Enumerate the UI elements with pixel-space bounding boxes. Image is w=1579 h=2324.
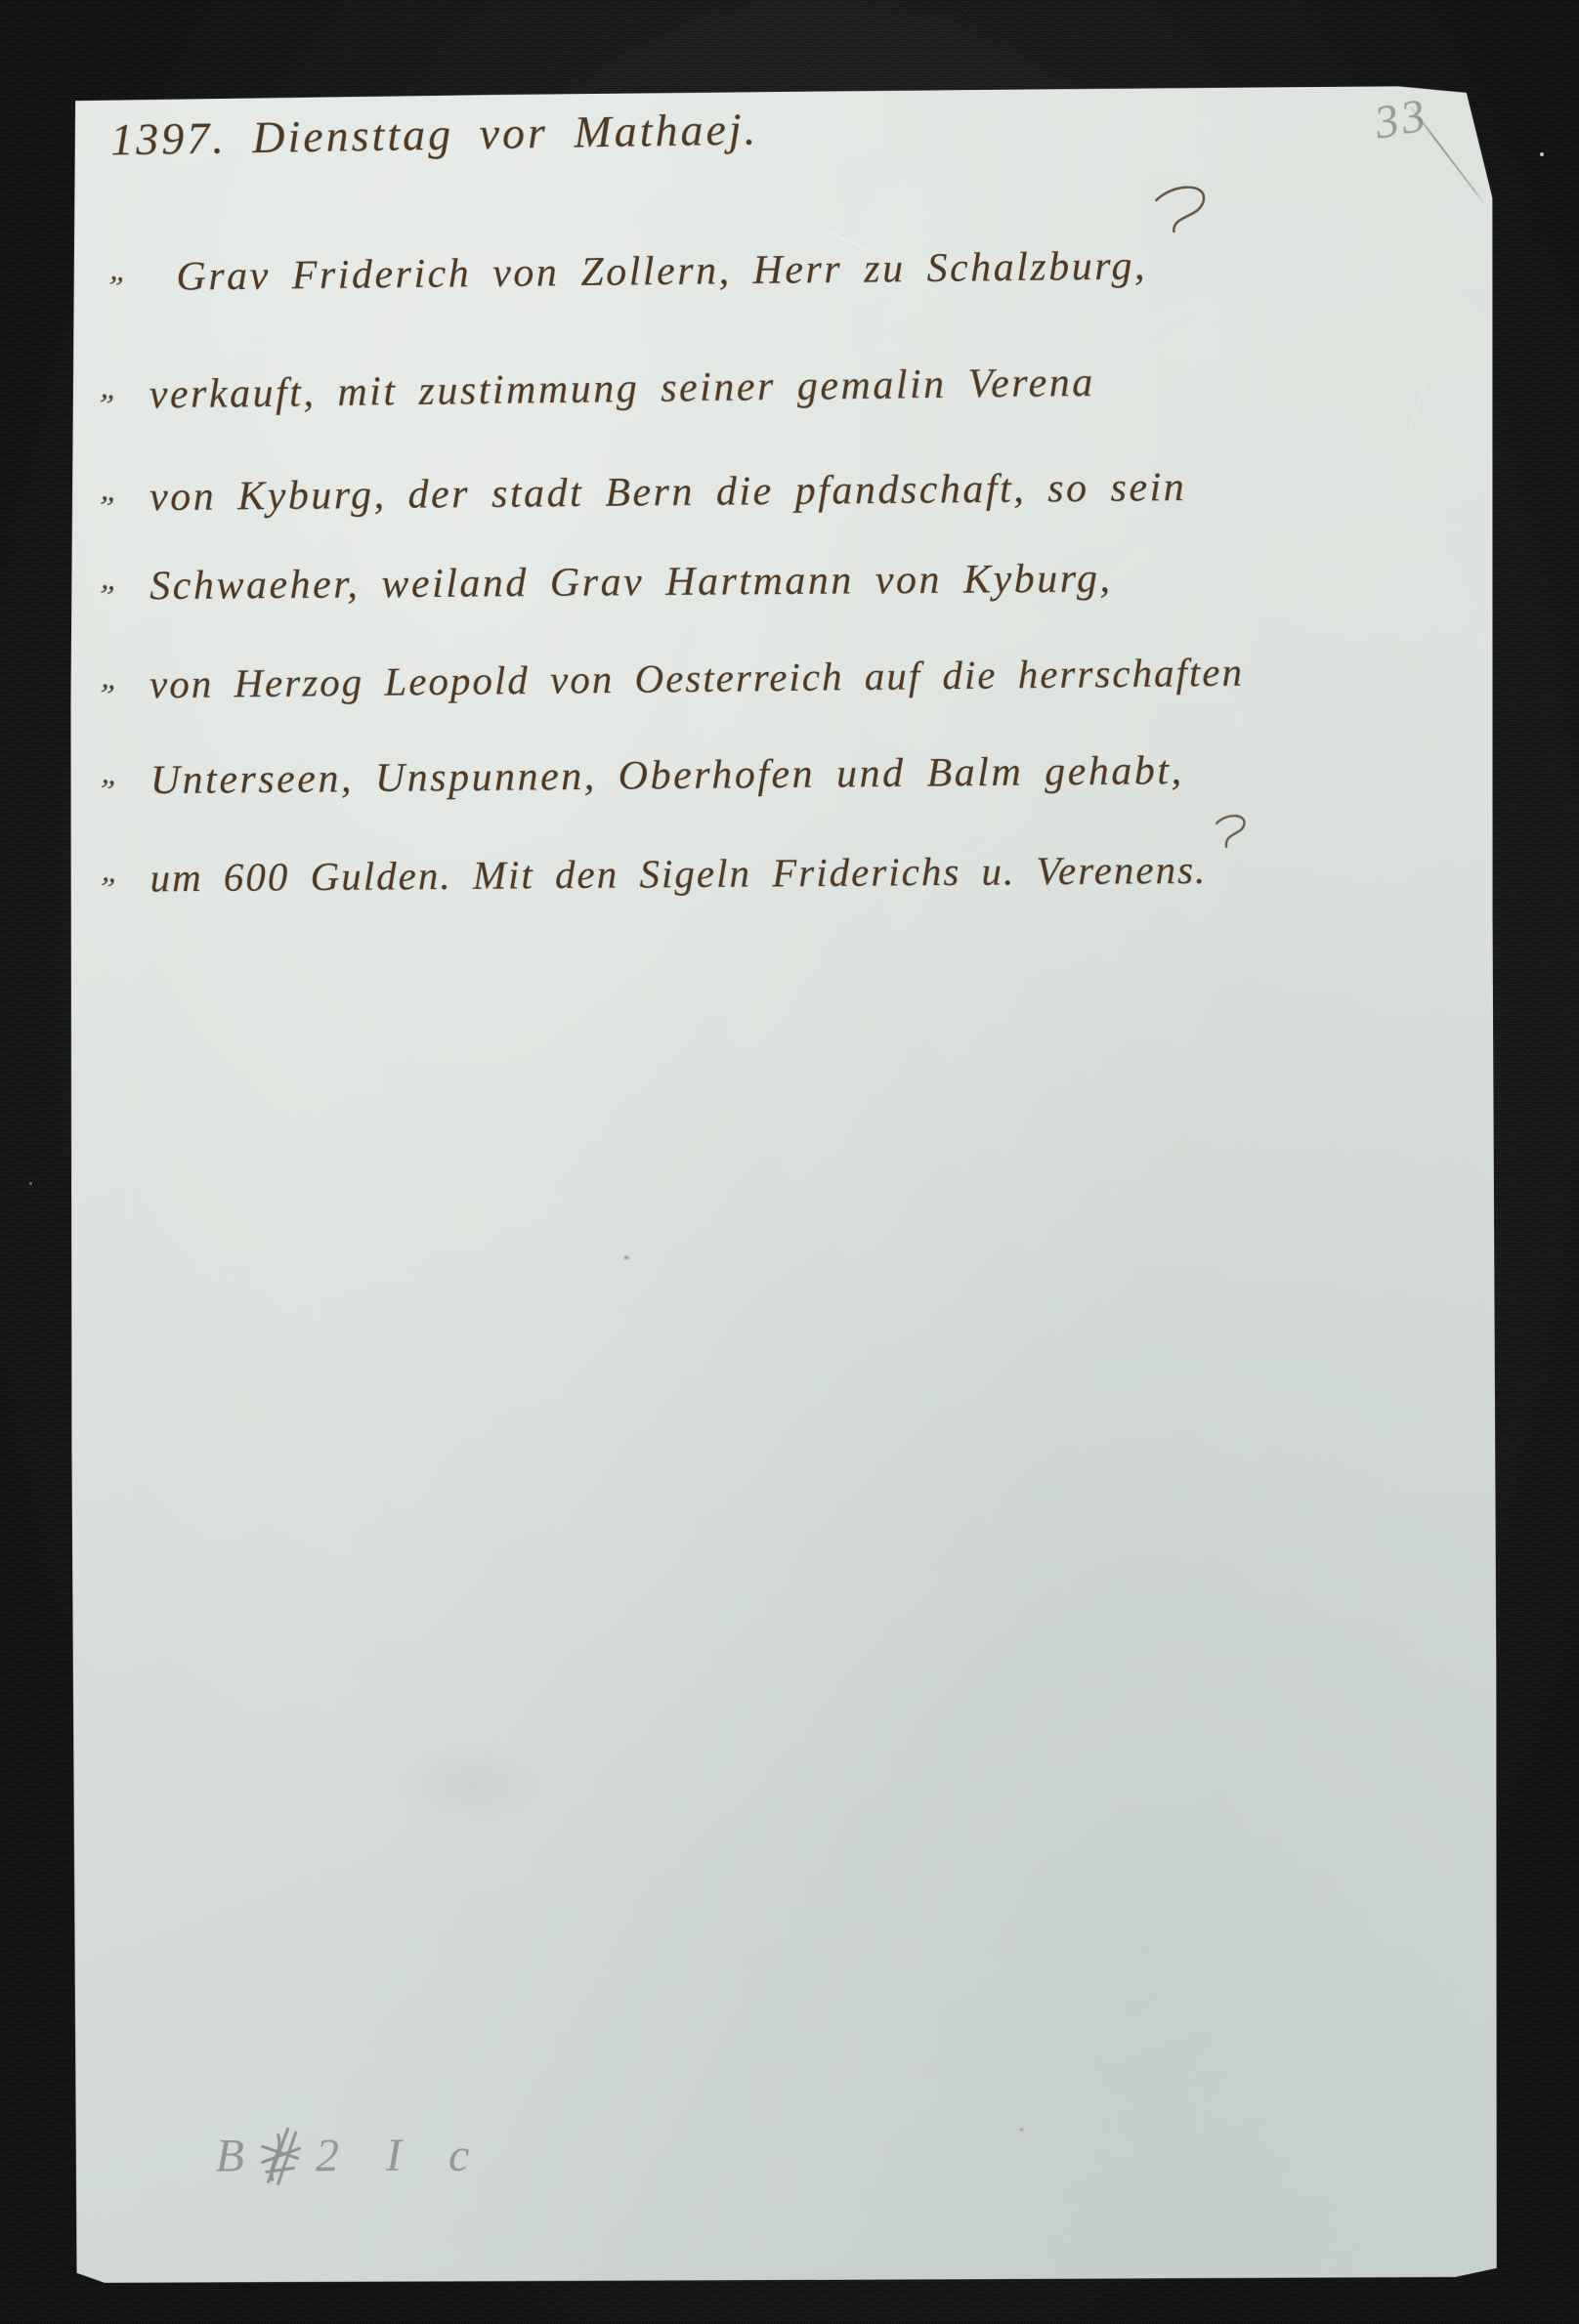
shelfmark-suffix: 2 I c	[316, 2128, 487, 2181]
text-line: „verkauft, mit zustimmung seiner gemalin…	[102, 359, 1095, 419]
dust-speck	[29, 1182, 32, 1185]
dust-speck	[1540, 152, 1544, 156]
line-text: verkauft, mit zustimmung seiner gemalin …	[149, 360, 1095, 418]
text-line: „von Kyburg, der stadt Bern die pfandsch…	[102, 464, 1186, 522]
line-text: Grav Friderich von Zollern, Herr zu Scha…	[176, 243, 1147, 299]
ditto-mark: „	[100, 853, 125, 892]
line-text: von Herzog Leopold von Oesterreich auf d…	[149, 650, 1244, 707]
scribble-mark	[259, 2123, 302, 2187]
text-line: „Grav Friderich von Zollern, Herr zu Sch…	[110, 242, 1147, 301]
ditto-mark: „	[99, 370, 125, 409]
ditto-mark: „	[100, 755, 126, 794]
line-text: Unterseen, Unspunnen, Oberhofen und Balm…	[150, 748, 1184, 803]
corner-crease	[1409, 106, 1485, 205]
document-header: 1397. Diensttag vor Mathaej.	[110, 103, 759, 165]
shelfmark: B 2 I c	[216, 2123, 488, 2188]
paper-stain	[1019, 2127, 1025, 2132]
line-text: Schwaeher, weiland Grav Hartmann von Kyb…	[149, 556, 1113, 609]
ditto-mark: „	[99, 472, 125, 511]
ink-flourish	[1148, 181, 1224, 241]
ditto-mark: „	[108, 252, 135, 291]
paper-crease	[0, 280, 93, 440]
paper-stain	[394, 1740, 550, 1828]
ink-flourish	[1211, 812, 1256, 857]
line-text: von Kyburg, der stadt Bern die pfandscha…	[149, 465, 1187, 520]
ditto-mark: „	[100, 659, 125, 698]
document-page: 33 1397. Diensttag vor Mathaej. „Grav Fr…	[67, 86, 1498, 2283]
paper-crease	[1395, 330, 1442, 470]
photo-background: 33 1397. Diensttag vor Mathaej. „Grav Fr…	[0, 0, 1579, 2324]
text-line: „Schwaeher, weiland Grav Hartmann von Ky…	[102, 555, 1112, 610]
paper-stain	[622, 1254, 630, 1260]
text-line: „Unterseen, Unspunnen, Oberhofen und Bal…	[103, 747, 1184, 805]
text-line: „von Herzog Leopold von Oesterreich auf …	[102, 649, 1244, 708]
page-number: 33	[1371, 88, 1432, 150]
line-text: um 600 Gulden. Mit den Sigeln Friderichs…	[149, 847, 1207, 900]
text-line: „um 600 Gulden. Mit den Sigeln Friderich…	[103, 846, 1207, 902]
shelfmark-prefix: B	[216, 2129, 249, 2182]
ditto-mark: „	[99, 561, 125, 600]
